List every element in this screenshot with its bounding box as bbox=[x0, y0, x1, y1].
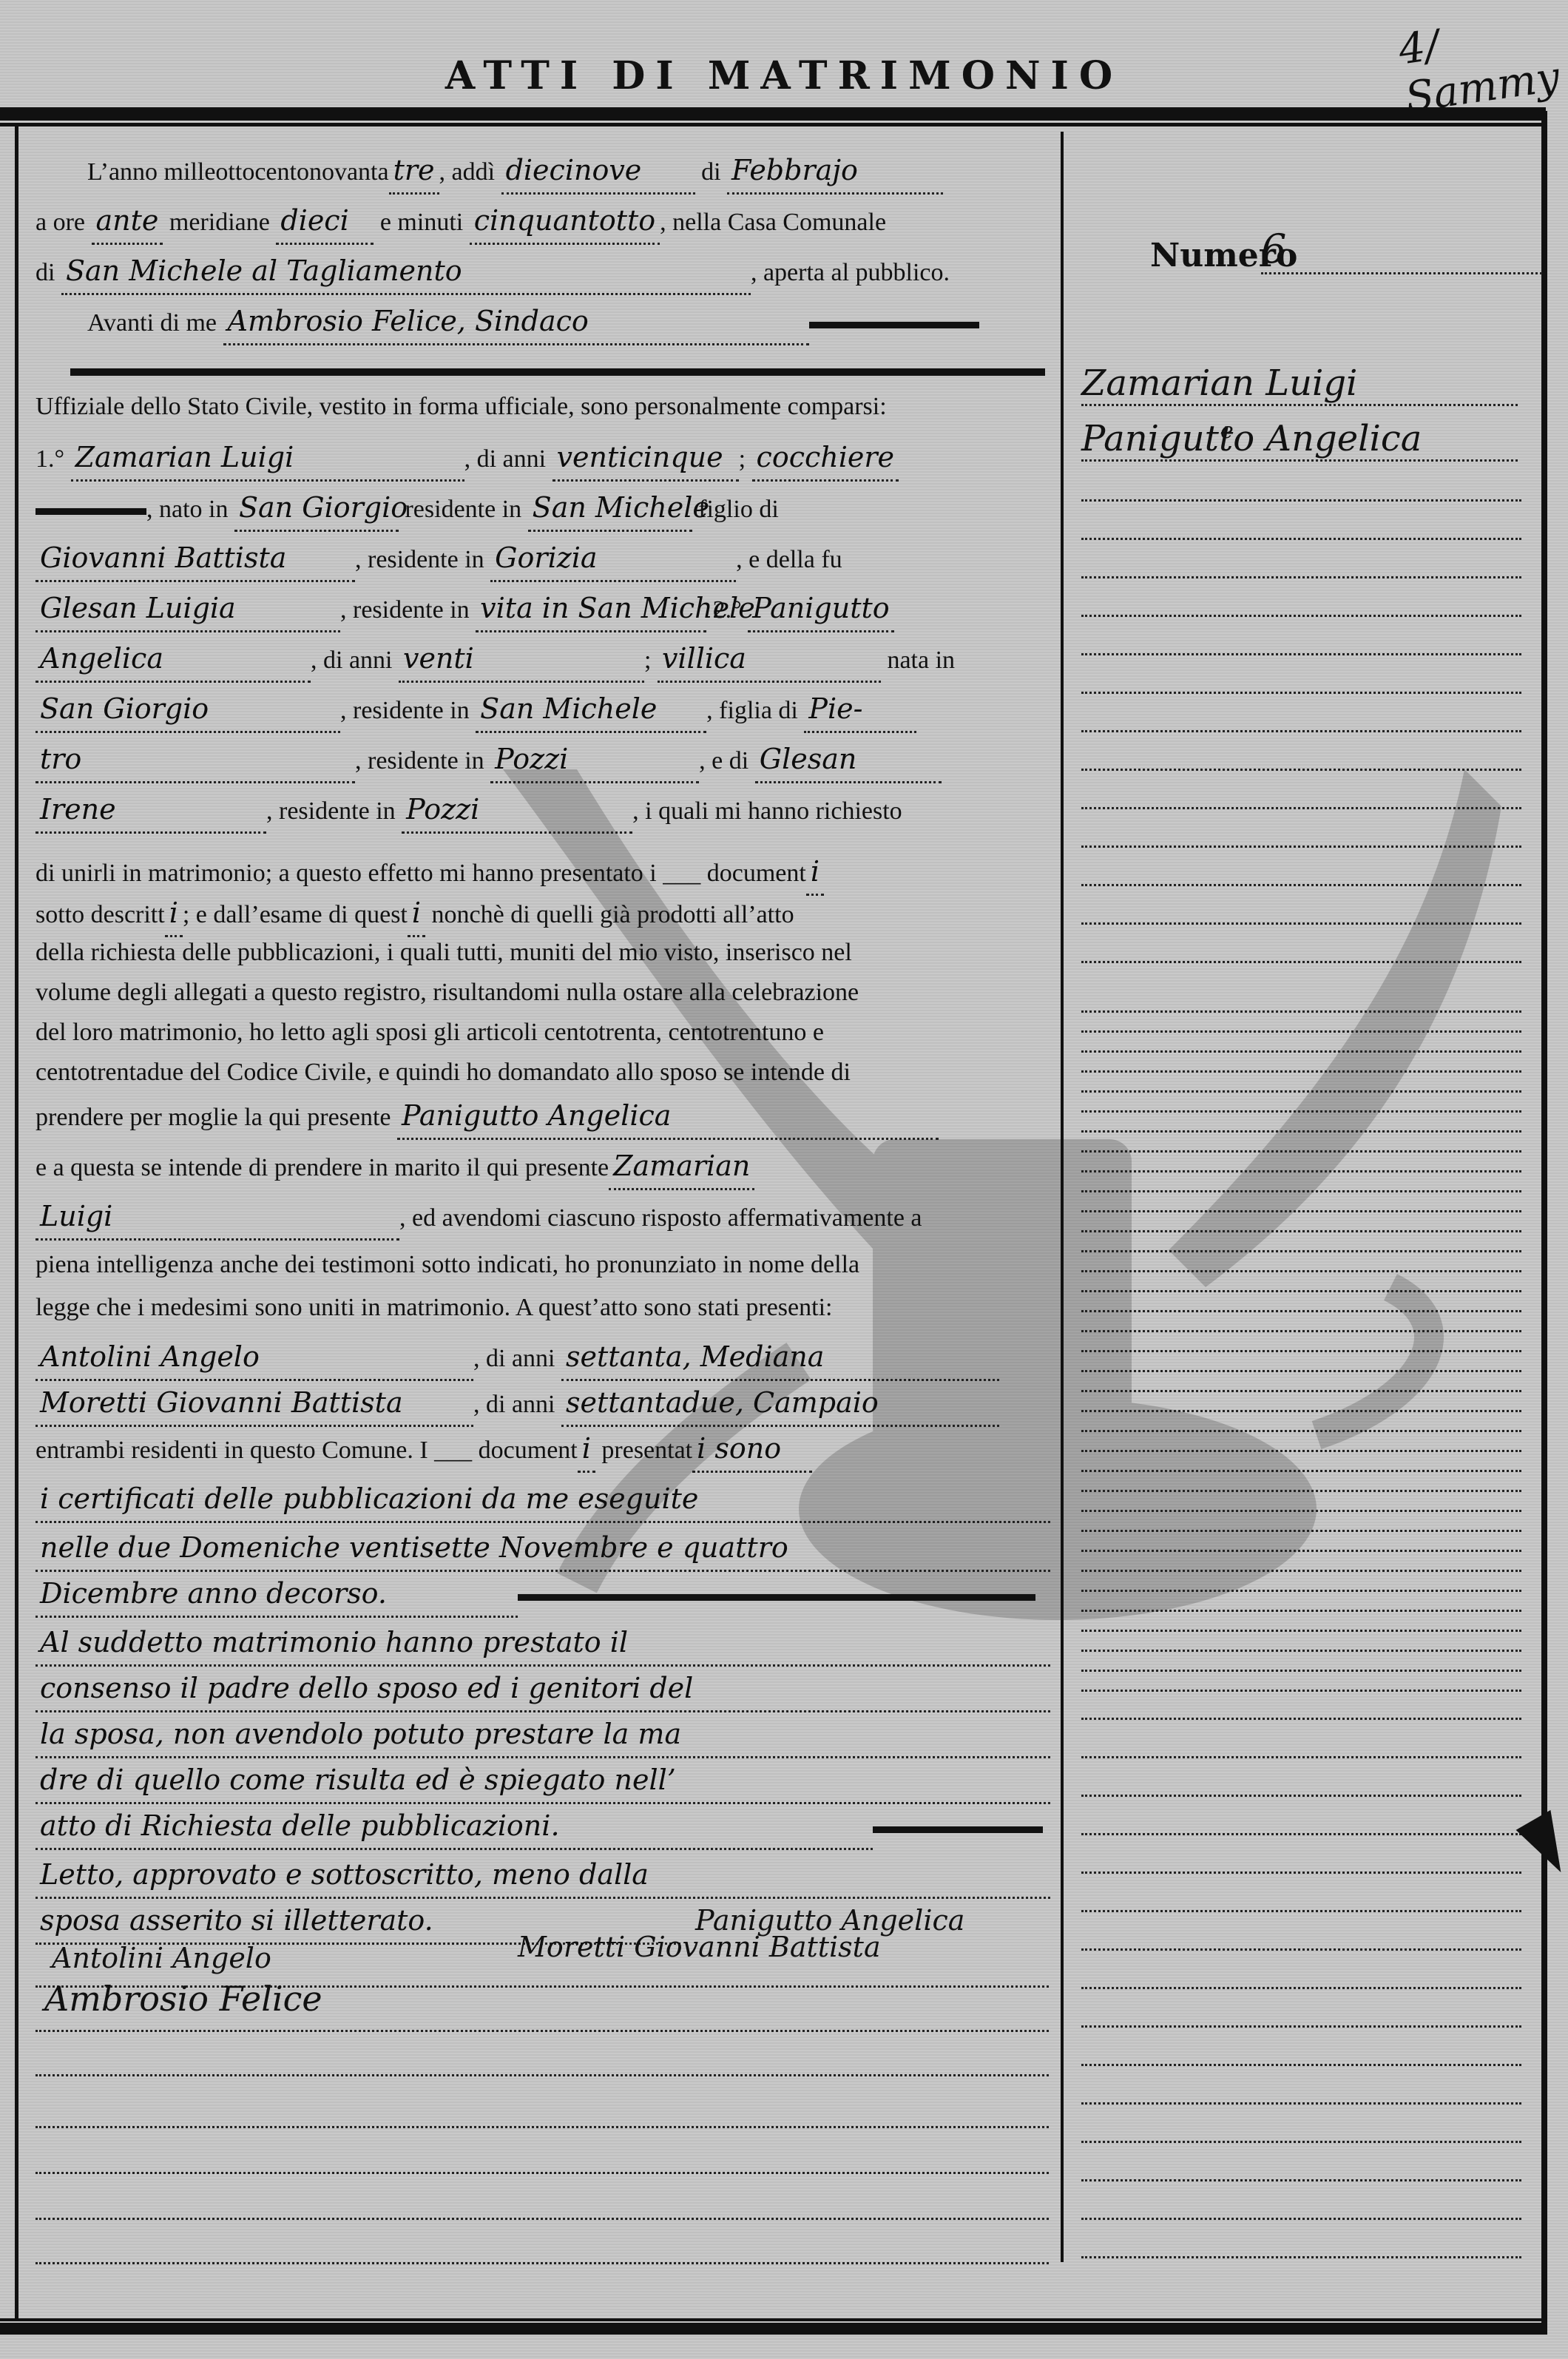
line-text: volume degli allegati a questo registro,… bbox=[36, 979, 859, 1006]
line-text: ; e dall’esame di quest bbox=[183, 901, 408, 928]
ruled-line bbox=[1081, 1190, 1521, 1192]
ruled-line bbox=[1081, 1290, 1521, 1292]
ruled-line bbox=[1081, 1590, 1521, 1592]
ruled-line bbox=[1081, 884, 1521, 886]
field-witness-2-details: settantadue, Campaio bbox=[561, 1380, 999, 1427]
text-line-20: prendere per moglie la qui presente Pani… bbox=[36, 1093, 1049, 1138]
line-text: , residente in bbox=[266, 797, 396, 825]
text-line-16: della richiesta delle pubblicazioni, i q… bbox=[36, 931, 1049, 975]
top-rule bbox=[0, 107, 1546, 121]
line-text: ; bbox=[644, 647, 651, 674]
text-line-14: di unirli in matrimonio; a questo effett… bbox=[36, 849, 1049, 894]
line-text: della richiesta delle pubblicazioni, i q… bbox=[36, 939, 852, 966]
ruled-line bbox=[1081, 1090, 1521, 1093]
sidebar-groom: Zamarian Luigi bbox=[1081, 362, 1518, 406]
ruled-line bbox=[1081, 807, 1521, 809]
ruled-line bbox=[1081, 1230, 1521, 1232]
ruled-line bbox=[1081, 1630, 1521, 1632]
line-text: , di anni bbox=[473, 1345, 555, 1372]
text-line-10: Angelica, di anni venti; villica nata in bbox=[36, 636, 1049, 681]
signature-official: Ambrosio Felice bbox=[44, 1979, 322, 2019]
field-groom-mother: Glesan Luigia bbox=[36, 586, 340, 632]
field-groom-age: venticinque bbox=[552, 435, 739, 482]
field-documents-detail: i certificati delle pubblicazioni da me … bbox=[36, 1477, 1050, 1523]
text-line-3: di San Michele al Tagliamento, aperta al… bbox=[36, 249, 1049, 293]
line-text: entrambi residenti in questo Comune. I _… bbox=[36, 1437, 578, 1464]
field-witness-1-details: settanta, Mediana bbox=[561, 1334, 999, 1381]
ruled-line bbox=[1081, 1987, 1521, 1989]
field-suffix: i bbox=[578, 1426, 595, 1473]
ruled-line bbox=[1081, 1350, 1521, 1352]
field-bride-answer: Panigutto Angelica bbox=[397, 1093, 939, 1140]
field-officiant: Ambrosio Felice, Sindaco bbox=[223, 299, 809, 345]
annotation-line-1: Al suddetto matrimonio hanno prestato il bbox=[36, 1620, 1049, 1664]
line-text: figlio di bbox=[698, 496, 779, 523]
ruled-line bbox=[1081, 730, 1521, 732]
ruled-line bbox=[1081, 1718, 1521, 1720]
field-groom-birthplace: San Giorgio bbox=[234, 485, 399, 532]
field-groom-answer-cont: Luigi bbox=[36, 1194, 399, 1241]
ruled-line bbox=[1081, 846, 1521, 848]
field-minutes: cinquantotto bbox=[470, 198, 660, 245]
ruled-line bbox=[1081, 692, 1521, 694]
line-text: , residente in bbox=[355, 546, 484, 573]
ruled-line bbox=[36, 2074, 1049, 2076]
ruled-line bbox=[1081, 1030, 1521, 1033]
ruled-line bbox=[36, 2126, 1049, 2128]
line-text: del loro matrimonio, ho letto agli sposi… bbox=[36, 1019, 824, 1046]
line-text: prendere per moglie la qui presente bbox=[36, 1104, 391, 1131]
ruled-line bbox=[1081, 1650, 1521, 1652]
annotation-text: la sposa, non avendolo potuto prestare l… bbox=[36, 1712, 1050, 1758]
ruled-line bbox=[1081, 1430, 1521, 1432]
field-bride-mother-name: Irene bbox=[36, 787, 266, 834]
section-bar bbox=[70, 368, 1045, 376]
annotation-text: Al suddetto matrimonio hanno prestato il bbox=[36, 1620, 1050, 1667]
line-text: Avanti di me bbox=[87, 309, 217, 337]
field-bride-father: Pie- bbox=[804, 686, 916, 733]
line-text: residente in bbox=[405, 496, 521, 523]
ruled-line bbox=[1081, 1530, 1521, 1532]
line-text: , addì bbox=[439, 158, 496, 186]
text-line-6: 1.° Zamarian Luigi, di anni venticinque;… bbox=[36, 435, 1049, 479]
line-text: , aperta al pubblico. bbox=[751, 259, 950, 286]
field-ante: ante bbox=[92, 198, 163, 245]
field-day: diecinove bbox=[501, 148, 695, 195]
ruled-line bbox=[1081, 2218, 1521, 2220]
line-text: , residente in bbox=[340, 596, 470, 624]
annotation-line-2: consenso il padre dello sposo ed i genit… bbox=[36, 1666, 1049, 1710]
text-line-22: Luigi, ed avendomi ciascuno risposto aff… bbox=[36, 1194, 1049, 1238]
annotation-line-3: la sposa, non avendolo potuto prestare l… bbox=[36, 1712, 1049, 1756]
text-line-12: tro, residente in Pozzi, e di Glesan bbox=[36, 737, 1049, 781]
numero-value: 6 bbox=[1261, 226, 1542, 274]
text-line-30: Dicembre anno decorso. bbox=[36, 1571, 1049, 1616]
text-line-4: Avanti di me Ambrosio Felice, Sindaco bbox=[36, 299, 1101, 343]
field-documents-detail: nelle due Domeniche ventisette Novembre … bbox=[36, 1525, 1050, 1572]
text-line-7: , nato in San Giorgio residente in San M… bbox=[36, 485, 1049, 530]
line-text: di bbox=[701, 158, 720, 186]
top-rule-thin bbox=[0, 123, 1546, 126]
ruled-line bbox=[1081, 1795, 1521, 1797]
ruled-line bbox=[1081, 1310, 1521, 1312]
ruled-line bbox=[1081, 1410, 1521, 1412]
bottom-rule bbox=[0, 2323, 1547, 2335]
ruled-line bbox=[1081, 2179, 1521, 2181]
line-text: a ore bbox=[36, 209, 85, 236]
ruled-line bbox=[1081, 2025, 1521, 2028]
ruled-line bbox=[1081, 615, 1521, 617]
line-text: legge che i medesimi sono uniti in matri… bbox=[36, 1294, 832, 1321]
ruled-line bbox=[1081, 1670, 1521, 1672]
field-documents: i sono bbox=[692, 1426, 812, 1473]
field-groom-father: Giovanni Battista bbox=[36, 536, 355, 582]
line-text: , i quali mi hanno richiesto bbox=[632, 797, 902, 825]
field-bride-mother: Glesan bbox=[755, 737, 942, 783]
frame-left-border bbox=[15, 124, 18, 2321]
ruled-line bbox=[1081, 576, 1521, 578]
ruled-line bbox=[1081, 1370, 1521, 1372]
page-title: ATTI DI MATRIMONIO bbox=[0, 53, 1568, 98]
fill-bar bbox=[518, 1594, 1035, 1601]
ruled-line bbox=[1081, 1550, 1521, 1552]
ruled-line bbox=[1081, 1070, 1521, 1073]
field-mother-residence: vita in San Michele bbox=[476, 586, 706, 632]
field-bride-mother-residence: Pozzi bbox=[402, 787, 632, 834]
ruled-line bbox=[1081, 1210, 1521, 1212]
text-line-27: entrambi residenti in questo Comune. I _… bbox=[36, 1426, 1049, 1471]
text-line-1: L’anno milleottocentonovantatre, addì di… bbox=[36, 148, 1101, 192]
annotation-line-5: atto di Richiesta delle pubblicazioni. bbox=[36, 1803, 1049, 1848]
text-line-28: i certificati delle pubblicazioni da me … bbox=[36, 1477, 1049, 1521]
line-text: 1.° bbox=[36, 445, 64, 473]
field-witness-2: Moretti Giovanni Battista bbox=[36, 1380, 473, 1427]
line-text: , di anni bbox=[464, 445, 546, 473]
ruled-line bbox=[1081, 2064, 1521, 2066]
field-groom-answer: Zamarian bbox=[609, 1144, 754, 1190]
line-text: nata in bbox=[887, 647, 955, 674]
text-line-25: Antolini Angelo, di anni settanta, Media… bbox=[36, 1334, 1049, 1379]
text-line-23: piena intelligenza anche dei testimoni s… bbox=[36, 1243, 1049, 1287]
fill-bar bbox=[873, 1826, 1043, 1833]
line-text: , nato in bbox=[146, 496, 228, 523]
line-text: , nella Casa Comunale bbox=[660, 209, 886, 236]
line-text: meridiane bbox=[169, 209, 270, 236]
line-text: , ed avendomi ciascuno risposto affermat… bbox=[399, 1204, 922, 1232]
field-hour: dieci bbox=[276, 198, 374, 245]
ruled-line bbox=[1081, 653, 1521, 655]
ruled-line bbox=[36, 2262, 1049, 2264]
ruled-line bbox=[1081, 1330, 1521, 1332]
ruled-line bbox=[1081, 1270, 1521, 1272]
line-text: , e di bbox=[699, 747, 748, 774]
text-line-26: Moretti Giovanni Battista, di anni setta… bbox=[36, 1380, 1049, 1425]
line-text: , residente in bbox=[355, 747, 484, 774]
signature-witness-1: Antolini Angelo bbox=[52, 1942, 271, 1974]
ruled-line bbox=[1081, 1872, 1521, 1874]
ruled-line bbox=[1081, 1390, 1521, 1392]
ruled-line bbox=[1081, 1050, 1521, 1053]
ruled-line bbox=[1081, 922, 1521, 925]
line-text: , di anni bbox=[311, 647, 392, 674]
signature-witness-2: Moretti Giovanni Battista bbox=[518, 1931, 881, 1963]
field-father-residence: Gorizia bbox=[490, 536, 736, 582]
ruled-line bbox=[1081, 1110, 1521, 1113]
field-bride-profession: villica bbox=[658, 636, 881, 683]
line-text: centotrentadue del Codice Civile, e quin… bbox=[36, 1059, 851, 1086]
ruled-line bbox=[1081, 1490, 1521, 1492]
ruled-line bbox=[1081, 2102, 1521, 2105]
line-text: Uffiziale dello Stato Civile, vestito in… bbox=[36, 393, 887, 420]
line-text: piena intelligenza anche dei testimoni s… bbox=[36, 1251, 859, 1278]
text-line-15: sotto descritti; e dall’esame di questi … bbox=[36, 891, 1049, 935]
annotation-line-4: dre di quello come risulta ed è spiegato… bbox=[36, 1758, 1049, 1802]
line-text: , figlia di bbox=[706, 697, 798, 724]
line-text: , residente in bbox=[340, 697, 470, 724]
ruled-line bbox=[1081, 2256, 1521, 2258]
ruled-line bbox=[1081, 1610, 1521, 1612]
fill-bar bbox=[809, 322, 979, 328]
field-suffix: i bbox=[806, 849, 824, 896]
line-text: 2.° bbox=[713, 596, 742, 624]
field-month: Febbrajo bbox=[727, 148, 943, 195]
line-text: e minuti bbox=[380, 209, 463, 236]
ruled-line bbox=[1081, 1470, 1521, 1472]
line-text: di unirli in matrimonio; a questo effett… bbox=[36, 860, 806, 887]
annotation-text: dre di quello come risulta ed è spiegato… bbox=[36, 1758, 1050, 1804]
text-line-17: volume degli allegati a questo registro,… bbox=[36, 971, 1049, 1015]
ruled-line bbox=[1081, 1510, 1521, 1512]
ruled-line bbox=[1081, 538, 1521, 540]
ruled-line bbox=[1081, 1250, 1521, 1252]
fill-bar bbox=[36, 508, 146, 515]
line-text: di bbox=[36, 259, 55, 286]
text-line-29: nelle due Domeniche ventisette Novembre … bbox=[36, 1525, 1049, 1570]
text-line-21: e a questa se intende di prendere in mar… bbox=[36, 1144, 1049, 1188]
column-divider bbox=[1061, 132, 1064, 2262]
ruled-line bbox=[36, 2218, 1049, 2220]
line-text: e a questa se intende di prendere in mar… bbox=[36, 1154, 609, 1181]
text-line-2: a ore ante meridiane dieci e minuti cinq… bbox=[36, 198, 1049, 243]
ruled-line bbox=[1081, 1010, 1521, 1013]
field-groom-residence: San Michele bbox=[528, 485, 692, 532]
field-bride-surname: Panigutto bbox=[748, 586, 893, 632]
ruled-line bbox=[1081, 1910, 1521, 1912]
frame-right-border bbox=[1541, 111, 1547, 2323]
text-line-18: del loro matrimonio, ho letto agli sposi… bbox=[36, 1010, 1049, 1055]
ruled-line bbox=[1081, 961, 1521, 963]
line-text: , di anni bbox=[473, 1391, 555, 1418]
line-text: sotto descritt bbox=[36, 901, 165, 928]
field-comune: San Michele al Tagliamento bbox=[61, 249, 751, 295]
ruled-line bbox=[1081, 1150, 1521, 1152]
annotation-text: consenso il padre dello sposo ed i genit… bbox=[36, 1666, 1050, 1712]
text-line-5: Uffiziale dello Stato Civile, vestito in… bbox=[36, 385, 1049, 429]
ruled-line bbox=[1081, 1130, 1521, 1133]
field-groom-name: Zamarian Luigi bbox=[71, 435, 464, 482]
field-bride-father-cont: tro bbox=[36, 737, 355, 783]
field-witness-1: Antolini Angelo bbox=[36, 1334, 473, 1381]
text-line-8: Giovanni Battista, residente in Gorizia,… bbox=[36, 536, 1049, 580]
ruled-line bbox=[1081, 1948, 1521, 1951]
ruled-line bbox=[1081, 499, 1521, 502]
text-line-24: legge che i medesimi sono uniti in matri… bbox=[36, 1286, 1049, 1330]
text-line-13: Irene, residente in Pozzi, i quali mi ha… bbox=[36, 787, 1049, 831]
ruled-line bbox=[1081, 769, 1521, 771]
ruled-line bbox=[1081, 1690, 1521, 1692]
text-line-11: San Giorgio, residente in San Michele, f… bbox=[36, 686, 1049, 731]
closing-line-1: Letto, approvato e sottoscritto, meno da… bbox=[36, 1852, 1049, 1897]
ruled-line bbox=[1081, 1570, 1521, 1572]
sidebar-bride: Panigutto Angelica bbox=[1081, 418, 1518, 462]
ruled-line bbox=[1081, 1450, 1521, 1452]
text-line-19: centotrentadue del Codice Civile, e quin… bbox=[36, 1050, 1049, 1095]
text-line-9: Glesan Luigia, residente in vita in San … bbox=[36, 586, 1049, 630]
annotation-text: atto di Richiesta delle pubblicazioni. bbox=[36, 1803, 873, 1850]
field-bride-father-residence: Pozzi bbox=[490, 737, 699, 783]
ruled-line bbox=[1081, 1170, 1521, 1172]
ruled-line bbox=[1081, 1756, 1521, 1758]
field-documents-detail: Dicembre anno decorso. bbox=[36, 1571, 518, 1618]
line-text: presentat bbox=[601, 1437, 692, 1464]
field-bride-residence: San Michele bbox=[476, 686, 706, 733]
ruled-line bbox=[1081, 2141, 1521, 2143]
field-bride-name: Angelica bbox=[36, 636, 311, 683]
ruled-line bbox=[36, 2030, 1049, 2032]
line-text: L’anno milleottocentonovanta bbox=[87, 158, 389, 186]
ruled-line bbox=[1081, 1833, 1521, 1835]
closing-text: Letto, approvato e sottoscritto, meno da… bbox=[36, 1852, 1050, 1899]
bottom-rule-thin bbox=[0, 2318, 1547, 2321]
field-year: tre bbox=[389, 148, 439, 195]
ruled-line bbox=[36, 2172, 1049, 2174]
line-text: , e della fu bbox=[736, 546, 842, 573]
field-bride-age: venti bbox=[399, 636, 644, 683]
field-bride-birthplace: San Giorgio bbox=[36, 686, 340, 733]
line-text: nonchè di quelli già prodotti all’atto bbox=[432, 901, 794, 928]
field-groom-profession: cocchiere bbox=[752, 435, 899, 482]
